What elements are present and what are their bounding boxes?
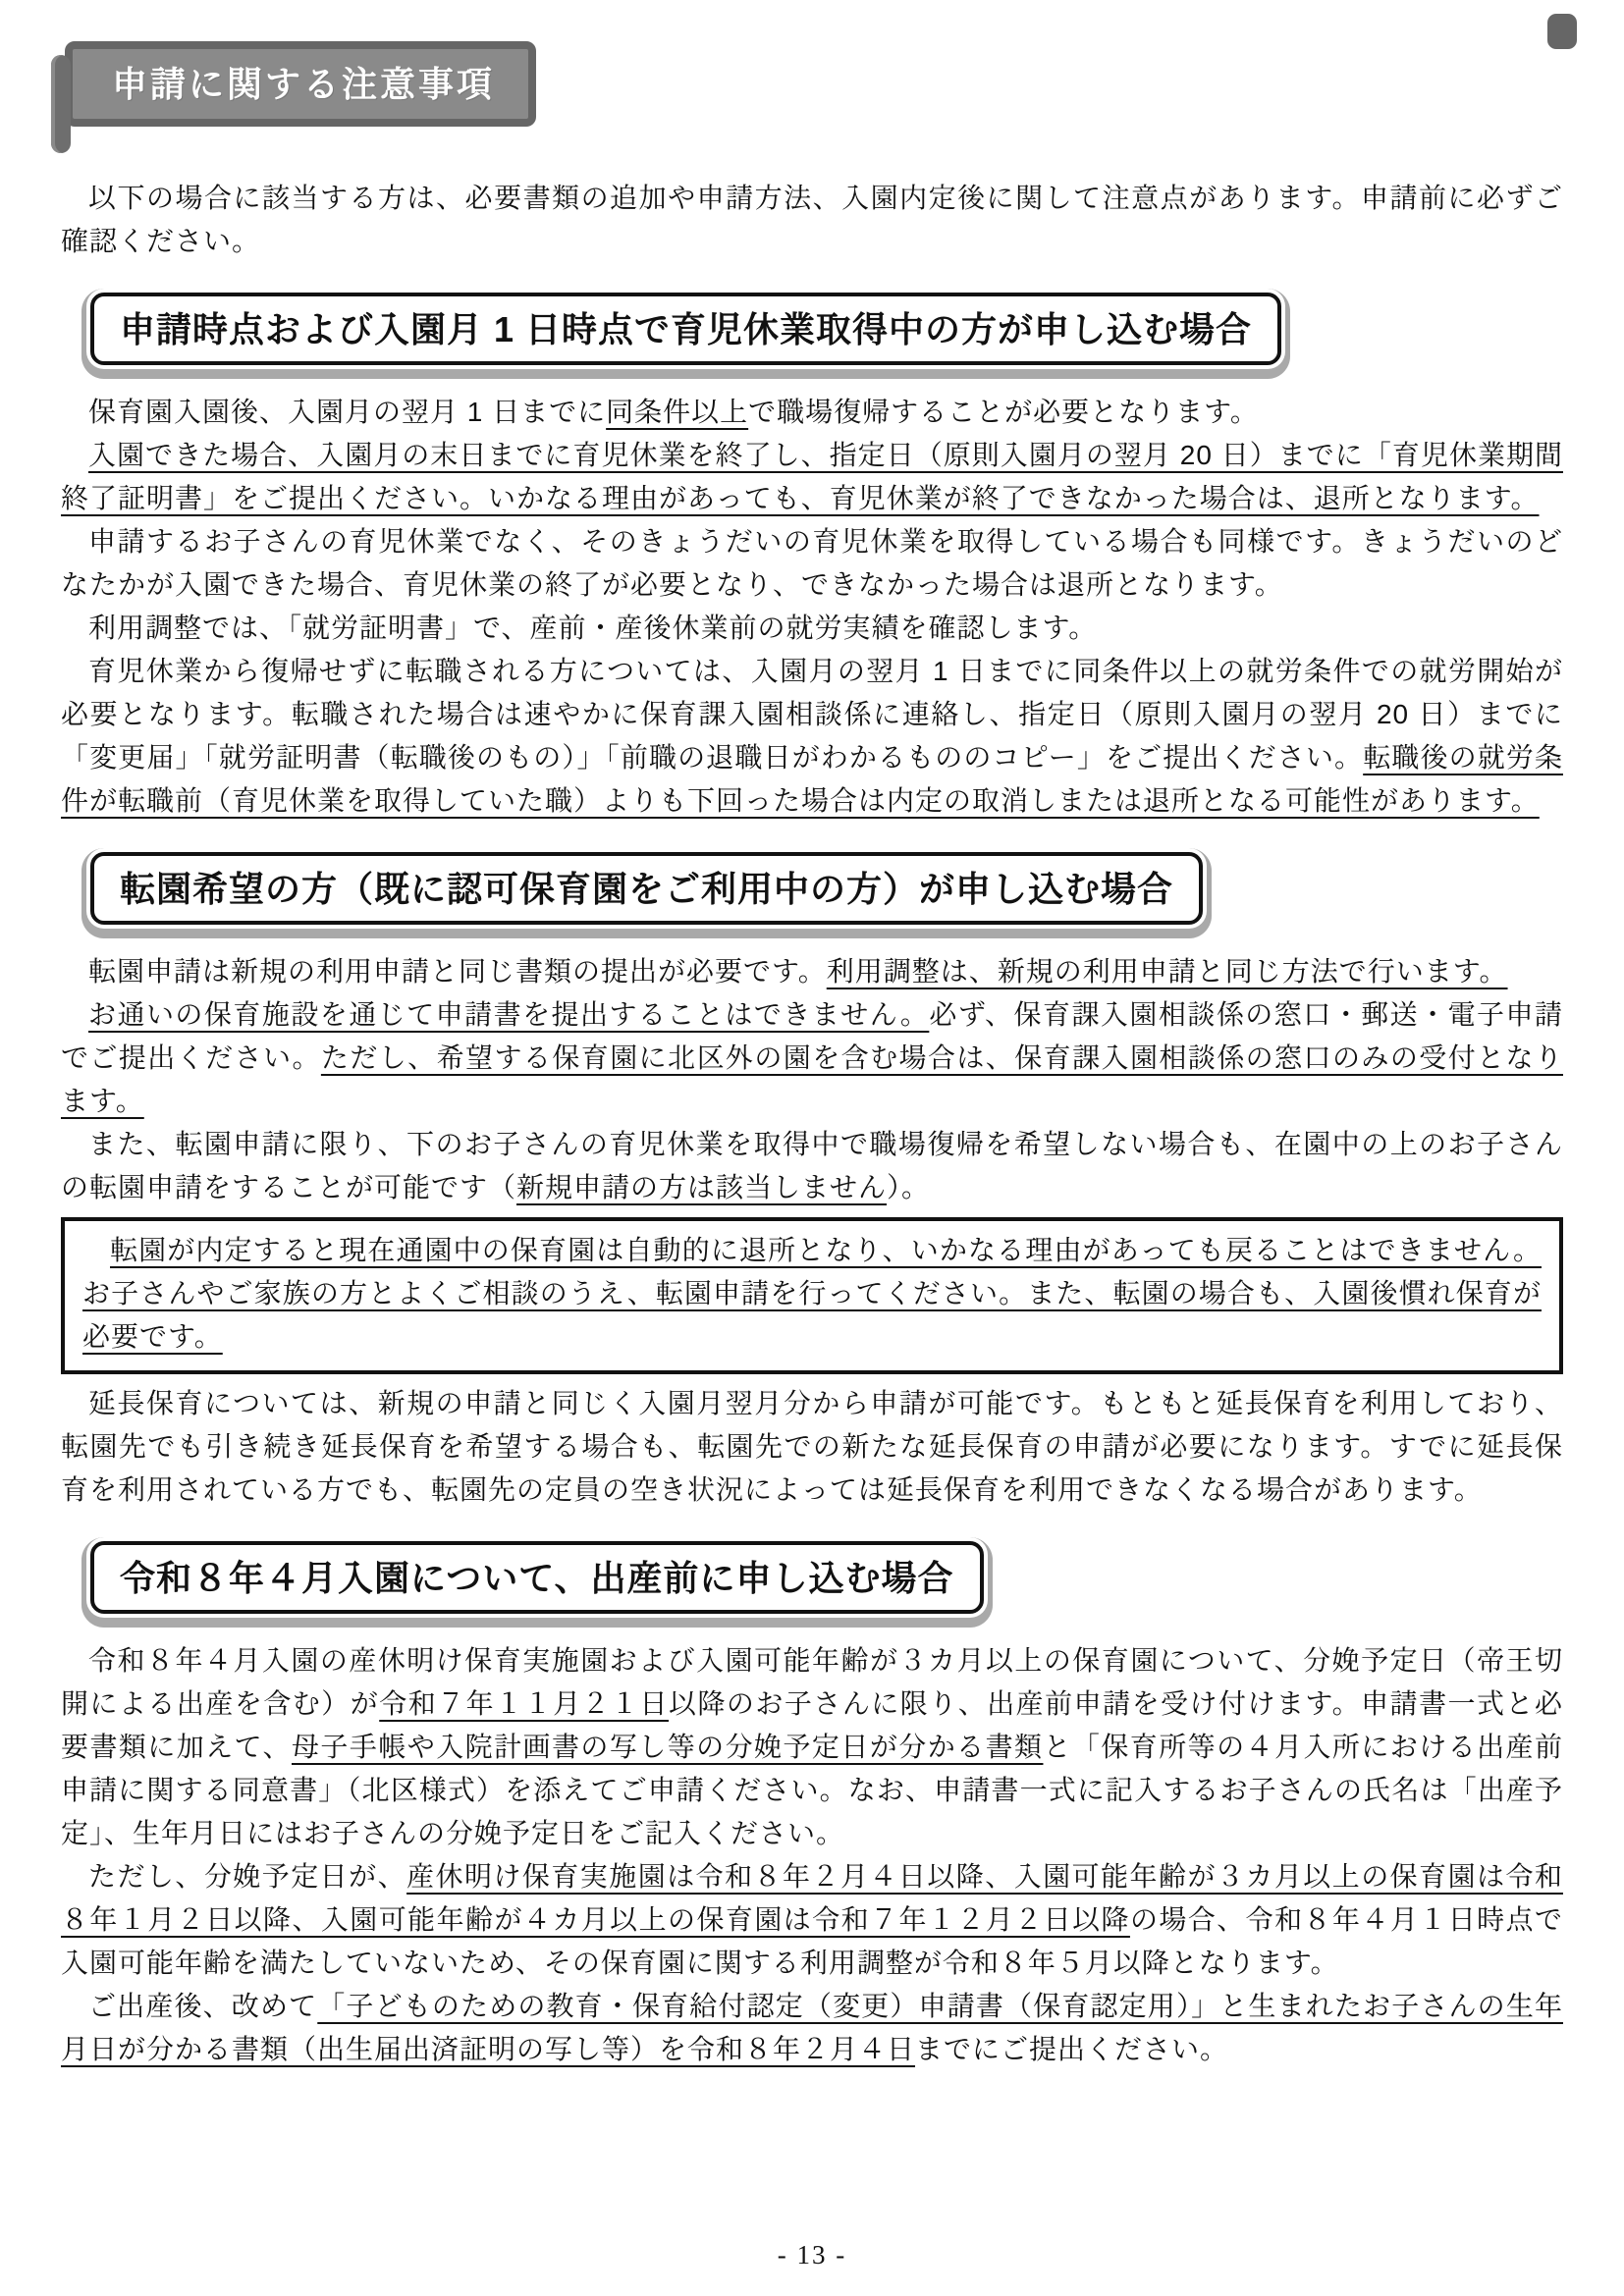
page-title-banner: 申請に関する注意事項: [51, 31, 1563, 133]
para-job-change: 育児休業から復帰せずに転職される方については、入園月の翌月 1 日までに同条件以…: [61, 650, 1563, 823]
section-transfer: 転園希望の方（既に認可保育園をご利用中の方）が申し込む場合 転園申請は新規の利用…: [61, 852, 1563, 1512]
para-sibling-leave: 申請するお子さんの育児休業でなく、そのきょうだいの育児休業を取得している場合も同…: [61, 520, 1563, 607]
page-title: 申請に関する注意事項: [65, 41, 536, 127]
para-leave-end-certificate: 入園できた場合、入園月の末日までに育児休業を終了し、指定日（原則入園月の翌月 2…: [61, 434, 1563, 520]
transfer-warning-text: 転園が内定すると現在通園中の保育園は自動的に退所となり、いかなる理由があっても戻…: [82, 1229, 1542, 1359]
page-number: - 13 -: [0, 2240, 1624, 2270]
document-page: 申請に関する注意事項 以下の場合に該当する方は、必要書類の追加や申請方法、入園内…: [0, 0, 1624, 2296]
section-heading-row: 申請時点および入園月 1 日時点で育児休業取得中の方が申し込む場合: [61, 293, 1563, 365]
section-childcare-leave: 申請時点および入園月 1 日時点で育児休業取得中の方が申し込む場合 保育園入園後…: [61, 293, 1563, 823]
para-prebirth-age-limits: ただし、分娩予定日が、産休明け保育実施園は令和８年２月４日以降、入園可能年齢が３…: [61, 1855, 1563, 1985]
para-transfer-submission: お通いの保育施設を通じて申請書を提出することはできません。必ず、保育課入園相談係…: [61, 993, 1563, 1123]
section-heading-transfer: 転園希望の方（既に認可保育園をご利用中の方）が申し込む場合: [90, 852, 1203, 925]
para-after-birth-submission: ご出産後、改めて「子どものための教育・保育給付認定（変更）申請書（保育認定用）」…: [61, 1985, 1563, 2071]
transfer-warning-box: 転園が内定すると現在通園中の保育園は自動的に退所となり、いかなる理由があっても戻…: [61, 1217, 1563, 1374]
section-heading-prebirth: 令和８年４月入園について、出産前に申し込む場合: [90, 1541, 984, 1614]
section-heading-row: 転園希望の方（既に認可保育園をご利用中の方）が申し込む場合: [61, 852, 1563, 925]
banner-left-bar-decoration: [51, 55, 71, 153]
section-prebirth: 令和８年４月入園について、出産前に申し込む場合 令和８年４月入園の産休明け保育実…: [61, 1541, 1563, 2071]
para-extended-care: 延長保育については、新規の申請と同じく入園月翌月分から申請が可能です。もともと延…: [61, 1382, 1563, 1512]
intro-paragraph: 以下の場合に該当する方は、必要書類の追加や申請方法、入園内定後に関して注意点があ…: [61, 177, 1563, 263]
para-transfer-sibling-exception: また、転園申請に限り、下のお子さんの育児休業を取得中で職場復帰を希望しない場合も…: [61, 1123, 1563, 1209]
banner-corner-decoration: [1547, 14, 1577, 49]
section-heading-row: 令和８年４月入園について、出産前に申し込む場合: [61, 1541, 1563, 1614]
para-work-certificate-check: 利用調整では、「就労証明書」で、産前・産後休業前の就労実績を確認します。: [61, 607, 1563, 650]
para-prebirth-conditions: 令和８年４月入園の産休明け保育実施園および入園可能年齢が３カ月以上の保育園につい…: [61, 1639, 1563, 1855]
para-transfer-documents: 転園申請は新規の利用申請と同じ書類の提出が必要です。利用調整は、新規の利用申請と…: [61, 950, 1563, 993]
section-heading-childcare-leave: 申請時点および入園月 1 日時点で育児休業取得中の方が申し込む場合: [90, 293, 1281, 365]
para-return-to-work: 保育園入園後、入園月の翌月 1 日までに同条件以上で職場復帰することが必要となり…: [61, 391, 1563, 434]
